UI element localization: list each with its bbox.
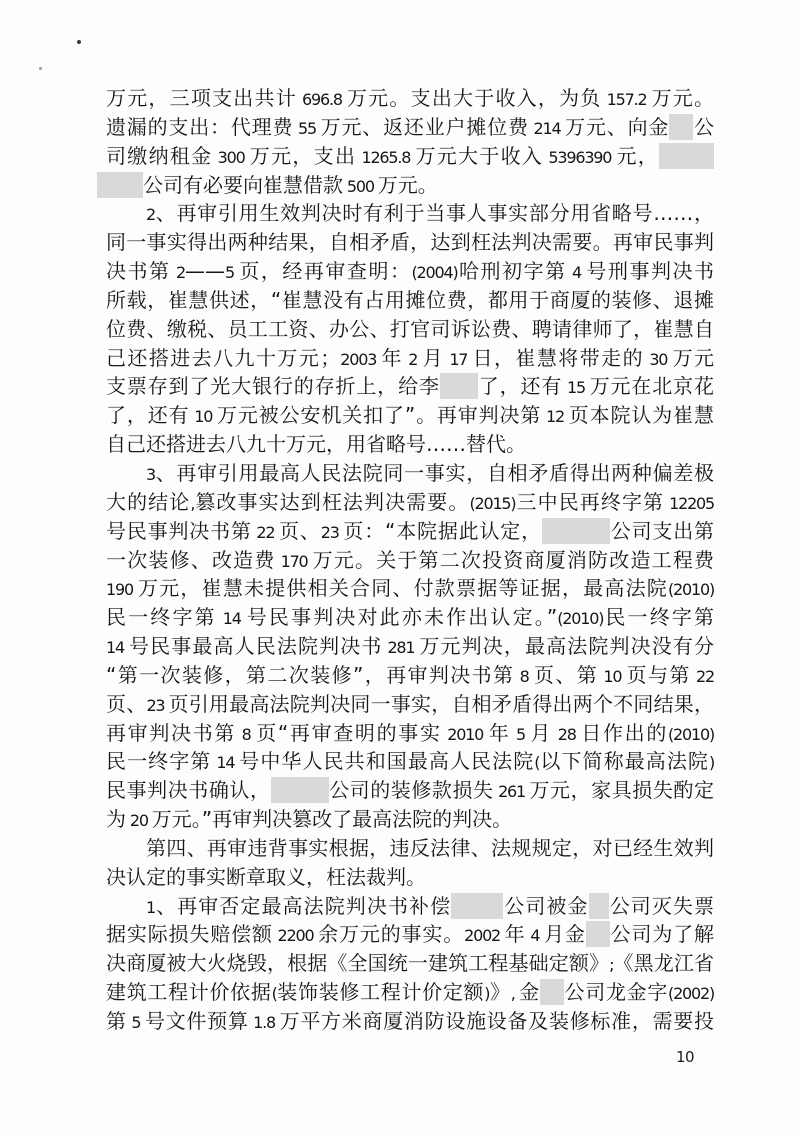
text-run: 号刑事判决书 (586, 259, 714, 283)
text-line: 第 5 号文件预算 1.8 万平方米商厦消防设施设备及装修标准，需要投 (106, 1007, 714, 1036)
text-line: 再审判决书第 8 页“再审查明的事实 2010 年 5 月 28 日作出的(20… (106, 719, 714, 748)
text-line: 民一终字第 14 号民事判决对此亦未作出认定。”(2010)民一终字第 (106, 603, 714, 632)
text-line: 建筑工程计价依据(装饰装修工程计价定额)》, 金公司龙金字(2002) (106, 978, 714, 1007)
text-run: —— (185, 259, 225, 283)
text-run: 22 (691, 667, 714, 686)
text-run: 万元大于收入 (415, 144, 543, 168)
text-run: 4 (567, 263, 587, 282)
text-line: 决书第 2——5 页，经再审查明：(2004)哈刑初字第 4 号刑事判决书 (106, 257, 714, 286)
text-run: 500 (343, 177, 378, 196)
text-run: 10 (598, 667, 627, 686)
text-run: 大的结论 (106, 490, 190, 514)
text-run: 万平方米商厦消防设施设备及装修标准，需要投 (280, 1009, 714, 1033)
text-run: 自己还搭进去八九十万元，用省略号……替代。 (106, 432, 526, 456)
text-line: 1、再审否定最高法院判决书补偿公司被金公司灭失票 (106, 892, 714, 921)
text-line: 同一事实得出两种结果，自相矛盾，达到枉法判决需要。再审民事判 (106, 228, 714, 257)
text-run: 哈刑初字第 (458, 259, 567, 283)
text-run: 日作出的 (581, 721, 668, 745)
text-line: 页、23 页引用最高法院判决同一事实，自相矛盾得出两个不同结果， (106, 690, 714, 719)
text-run: 22 (252, 523, 279, 542)
text-run: 万元、向金 (565, 115, 669, 139)
text-run: 《黑龙江省 (613, 951, 714, 975)
text-run: 281 (382, 638, 419, 657)
text-run: 号民事最高人民法院判决书 (129, 634, 382, 658)
text-run: , (511, 984, 519, 1003)
text-run: 万元判决，最高法院判决没有分 (419, 634, 714, 658)
text-run: 公司为了解 (610, 922, 714, 946)
text-run: 300 (212, 148, 249, 167)
text-run: 万元在北京花 (590, 374, 714, 398)
text-run: 据实际损失赔偿额 (106, 922, 273, 946)
text-run: 2 (403, 350, 423, 369)
text-line: 190 万元，崔慧未提供相关合同、付款票据等证据，最高法院(2010) (106, 574, 714, 603)
text-run: 1265.8 (356, 148, 415, 167)
text-run: “第一次装修，第二次装修”，再审判决书第 (106, 663, 514, 687)
text-run: 5 (127, 1013, 145, 1032)
text-line: 司缴纳租金 300 万元，支出 1265.8 万元大于收入 5396390 元， (106, 142, 714, 171)
text-run: 年 (505, 922, 526, 946)
redaction-box (659, 143, 714, 169)
redaction-box (589, 893, 609, 919)
text-run: 17 (444, 350, 473, 369)
text-run: 支票存到了光大银行的存折上，给李 (106, 374, 440, 398)
text-run: 30 (644, 350, 673, 369)
text-run: 日，崔慧将带走的 (473, 346, 644, 370)
text-run: (2010) (668, 580, 714, 599)
text-line: 民一终字第 14 号中华人民共和国最高人民法院(以下简称最高法院) (106, 747, 714, 776)
text-run: 157.2 (602, 90, 652, 109)
text-run: 10 (190, 407, 217, 426)
text-run: 2002 (464, 926, 505, 945)
text-run: 万元。支出大于收入，为负 (347, 86, 602, 110)
text-run: 月 (423, 346, 444, 370)
text-line: 据实际损失赔偿额 2200 余万元的事实。2002 年 4 月金公司为了解 (106, 920, 714, 949)
text-run: 年 (489, 721, 511, 745)
text-run: 公司支出第 (610, 519, 714, 543)
text-run: 公 (693, 115, 714, 139)
text-run: 2 (171, 263, 185, 282)
text-run: 14 (217, 609, 247, 628)
text-line: 自己还搭进去八九十万元，用省略号……替代。 (106, 430, 714, 459)
text-run: 月 (531, 721, 553, 745)
text-run: 5 (510, 725, 530, 744)
text-run: 建筑工程计价依据 (106, 980, 272, 1004)
text-run: 万元。 (378, 173, 438, 197)
text-run: 3 (146, 465, 155, 484)
text-run: 20 (126, 811, 152, 830)
scan-artifact-dot (39, 67, 42, 70)
document-page: 万元，三项支出共计 696.8 万元。支出大于收入，为负 157.2 万元。遗漏… (0, 0, 800, 1138)
text-line: 己还搭进去八九十万元；2003 年 2 月 17 日，崔慧将带走的 30 万元 (106, 344, 714, 373)
text-run: 万元 (673, 346, 714, 370)
text-run: 万元，崔慧未提供相关合同、付款票据等证据，最高法院 (138, 576, 668, 600)
text-run: 号文件预算 (145, 1009, 249, 1033)
text-run: 为 (106, 807, 126, 831)
text-run: 再审判决书第 (106, 721, 236, 745)
page-number: 10 (676, 1048, 694, 1066)
text-run: 2010 (442, 725, 489, 744)
text-run: 页、 (279, 519, 321, 543)
text-line: 大的结论,篡改事实达到枉法判决需要。(2015)三中民再终字第 12205 (106, 488, 714, 517)
text-line: 所载，崔慧供述，“崔慧没有占用摊位费，都用于商厦的装修、退摊 (106, 286, 714, 315)
text-run: 23 (146, 696, 168, 715)
text-run: 万元，三项支出共计 (106, 86, 297, 110)
text-run: 同一事实得出两种结果，自相矛盾，达到枉法判决需要。再审民事判 (106, 230, 714, 254)
text-line: 支票存到了光大银行的存折上，给李了，还有 15 万元在北京花 (106, 372, 714, 401)
text-run: 民一终字第 (106, 749, 211, 773)
text-run: 261 (494, 782, 530, 801)
text-line: 决认定的事实断章取义，枉法裁判。 (106, 863, 714, 892)
text-run: 页：“本院据此认定， (343, 519, 542, 543)
text-run: 第 (106, 1009, 127, 1033)
text-run: (2015) (469, 494, 515, 513)
text-run: 页与第 (627, 663, 691, 687)
text-run: 8 (514, 667, 534, 686)
text-run: 号民事判决书第 (106, 519, 252, 543)
text-run: 金 (519, 980, 540, 1004)
redaction-box (542, 518, 610, 544)
text-run: 了，还有 (478, 374, 562, 398)
text-run: 决认定的事实断章取义，枉法裁判。 (106, 865, 426, 889)
text-run: 万元。”再审判决篡改了最高法院的判决。 (152, 807, 512, 831)
text-run: 万元、返还业户摊位费 (321, 115, 529, 139)
text-run: 万元被公安机关扣了”。再审判决第 (217, 403, 541, 427)
redaction-box (271, 777, 329, 803)
text-run: 23 (321, 523, 344, 542)
text-line: 为 20 万元。”再审判决篡改了最高法院的判决。 (106, 805, 714, 834)
text-run: (2010) (557, 609, 603, 628)
text-run: 一次装修、改造费 (106, 548, 276, 572)
text-run: 月金 (544, 922, 586, 946)
text-run: 12205 (664, 494, 714, 513)
text-line: 位费、缴税、员工工资、办公、打官司诉讼费、聘请律师了，崔慧自 (106, 315, 714, 344)
text-run: 装饰装修工程计价定额 (277, 980, 485, 1004)
text-run: 14 (106, 638, 129, 657)
text-run: 12 (541, 407, 568, 426)
redaction-box (586, 921, 610, 947)
text-run: 2 (146, 205, 155, 224)
text-line: 万元，三项支出共计 696.8 万元。支出大于收入，为负 157.2 万元。 (106, 84, 714, 113)
text-run: 页本院认为崔慧 (569, 403, 714, 427)
document-body: 万元，三项支出共计 696.8 万元。支出大于收入，为负 157.2 万元。遗漏… (106, 84, 714, 1036)
text-run: 余万元的事实。 (318, 922, 464, 946)
text-line: 号民事判决书第 22 页、23 页：“本院据此认定，公司支出第 (106, 517, 714, 546)
text-run: 决商厦被大火烧毁，根据《全国统一建筑工程基础定额》 (106, 951, 609, 975)
text-run: 司缴纳租金 (106, 144, 212, 168)
text-line: 公司有必要向崔慧借款 500 万元。 (106, 171, 714, 200)
text-line: 决商厦被大火烧毁，根据《全国统一建筑工程基础定额》;《黑龙江省 (106, 949, 714, 978)
text-line: “第一次装修，第二次装修”，再审判决书第 8 页、第 10 页与第 22 (106, 661, 714, 690)
text-run: 28 (552, 725, 581, 744)
text-run: ) (709, 753, 714, 772)
text-run: 页引用最高法院判决同一事实，自相矛盾得出两个不同结果， (169, 692, 715, 716)
text-run: 5396390 (543, 148, 616, 167)
text-line: 14 号民事最高人民法院判决书 281 万元判决，最高法院判决没有分 (106, 632, 714, 661)
redaction-box (440, 373, 478, 399)
text-run: 以下简称最高法院 (539, 749, 709, 773)
text-run: 万元。 (652, 86, 714, 110)
text-run: 元， (616, 144, 659, 168)
text-run: 页、 (106, 692, 146, 716)
text-run: 万元，家具损失酌定 (529, 778, 714, 802)
text-run: 公司的装修款损失 (329, 778, 494, 802)
text-run: 号民事判决对此亦未作出认定。” (247, 605, 557, 629)
text-run: 15 (562, 378, 589, 397)
text-run: 万元。关于第二次投资商厦消防改造工程费 (313, 548, 714, 572)
text-run: 己还搭进去八九十万元； (106, 346, 340, 370)
text-run: 了，还有 (106, 403, 190, 427)
text-line: 了，还有 10 万元被公安机关扣了”。再审判决第 12 页本院认为崔慧 (106, 401, 714, 430)
text-run: 所载，崔慧供述，“崔慧没有占用摊位费，都用于商厦的装修、退摊 (106, 288, 714, 312)
text-run: 公司被金 (503, 894, 588, 918)
redaction-box (540, 979, 564, 1005)
text-run: 696.8 (297, 90, 347, 109)
text-run: 民事判决书确认， (106, 778, 271, 802)
text-run: 民一终字第 (106, 605, 217, 629)
text-run: 年 (382, 346, 403, 370)
text-run: 2200 (273, 926, 318, 945)
text-line: 一次装修、改造费 170 万元。关于第二次投资商厦消防改造工程费 (106, 546, 714, 575)
text-run: 公司龙金字 (564, 980, 668, 1004)
text-run: 页“再审查明的事实 (256, 721, 441, 745)
text-run: 8 (236, 725, 256, 744)
text-run: 万元，支出 (250, 144, 356, 168)
redaction-box (97, 172, 143, 198)
text-run: 14 (211, 753, 239, 772)
text-run: 1 (146, 898, 155, 917)
scan-artifact-dot (77, 40, 81, 44)
text-run: 1.8 (249, 1013, 280, 1032)
text-run: 民一终字第 (603, 605, 714, 629)
text-run: 位费、缴税、员工工资、办公、打官司诉讼费、聘请律师了，崔慧自 (106, 317, 714, 341)
text-run: 三中民再终字第 (515, 490, 664, 514)
text-run: 公司灭失票 (609, 894, 714, 918)
text-run: 》 (489, 980, 510, 1004)
text-run: (2004) (412, 263, 458, 282)
text-run: 、再审引用生效判决时有利于当事人事实部分用省略号……， (155, 201, 714, 225)
text-run: (2010) (668, 725, 714, 744)
text-run: (2002) (668, 984, 714, 1003)
text-run: 页，经再审查明： (239, 259, 411, 283)
text-line: 遗漏的支出：代理费 55 万元、返还业户摊位费 214 万元、向金公 (106, 113, 714, 142)
text-run: 、再审引用最高人民法院同一事实，自相矛盾得出两种偏差极 (155, 461, 714, 485)
text-run: 决书第 (106, 259, 171, 283)
text-run: 篡改事实达到枉法判决需要。 (194, 490, 469, 514)
text-run: 4 (526, 926, 544, 945)
text-run: 公司有必要向崔慧借款 (143, 173, 343, 197)
text-run: 、再审否定最高法院判决书补偿 (155, 894, 451, 918)
redaction-box (669, 114, 693, 140)
text-line: 民事判决书确认，公司的装修款损失 261 万元，家具损失酌定 (106, 776, 714, 805)
text-run: 页、第 (534, 663, 598, 687)
redaction-box (451, 893, 503, 919)
text-run: 号中华人民共和国最高人民法院 (239, 749, 534, 773)
text-line: 3、再审引用最高人民法院同一事实，自相矛盾得出两种偏差极 (106, 459, 714, 488)
text-run: 190 (106, 580, 138, 599)
text-run: 第四、再审违背事实根据，违反法律、法规规定，对已经生效判 (146, 836, 714, 860)
text-run: 170 (276, 552, 313, 571)
text-run: 55 (293, 119, 320, 138)
text-run: 遗漏的支出：代理费 (106, 115, 293, 139)
text-line: 第四、再审违背事实根据，违反法律、法规规定，对已经生效判 (106, 834, 714, 863)
text-run: 214 (529, 119, 565, 138)
text-run: 5 (225, 263, 239, 282)
text-run: 2003 (340, 350, 381, 369)
text-line: 2、再审引用生效判决时有利于当事人事实部分用省略号……， (106, 199, 714, 228)
